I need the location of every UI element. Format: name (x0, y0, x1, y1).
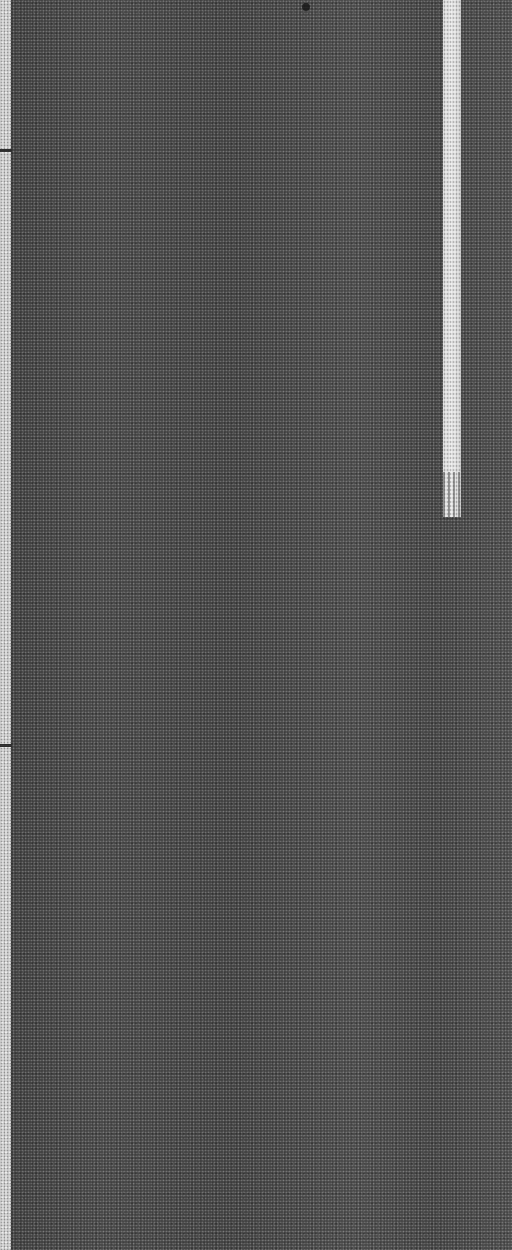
lane-dash-marking (443, 0, 461, 517)
edge-line-crack (0, 149, 12, 152)
road-surface-photo (0, 0, 512, 1250)
left-edge-line (0, 0, 11, 1250)
surface-spot (302, 3, 310, 11)
edge-line-crack (0, 744, 12, 747)
